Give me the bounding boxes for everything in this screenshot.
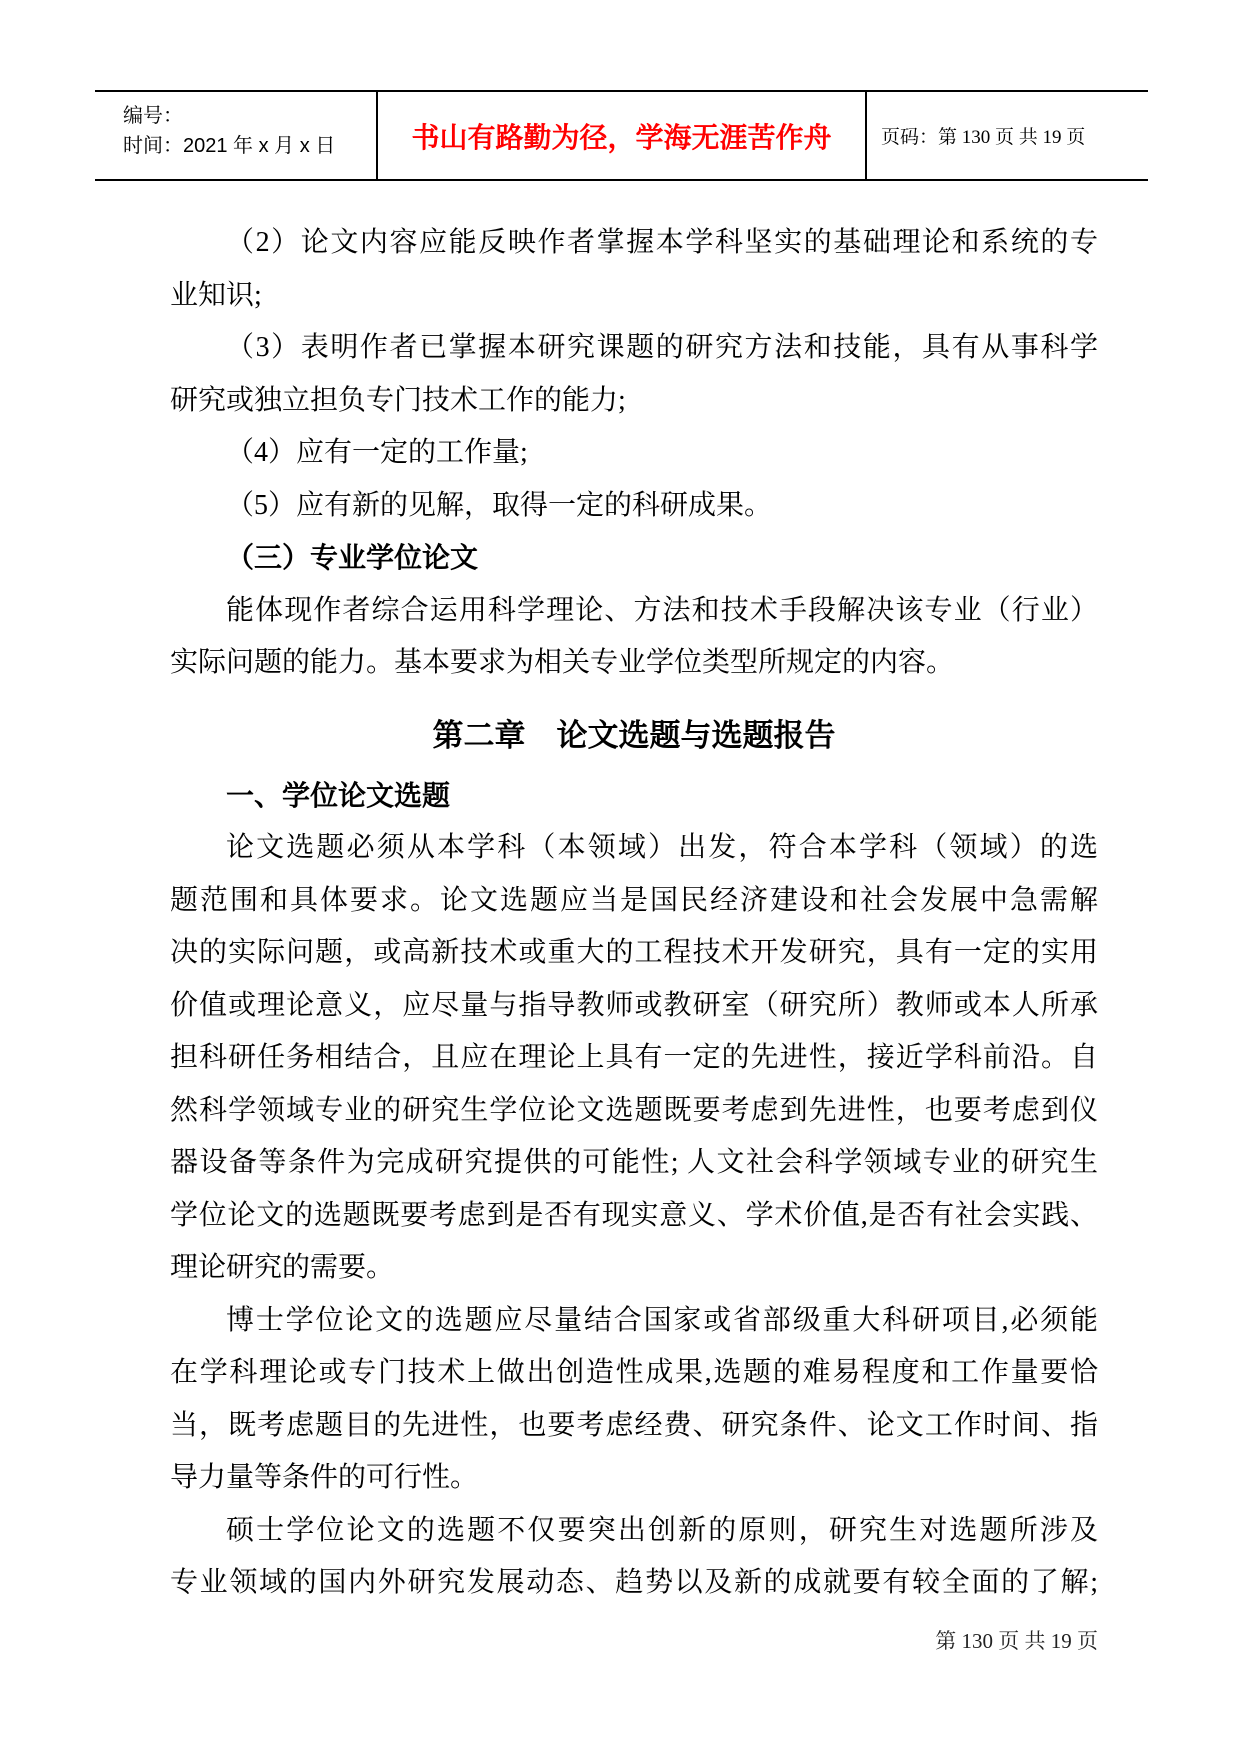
page-footer: 第 130 页 共 19 页 <box>170 1628 1098 1654</box>
body-line: 担科研任务相结合，且应在理论上具有一定的先进性，接近学科前沿。自 <box>170 1032 1098 1085</box>
header-middle-cell: 书山有路勤为径，学海无涯苦作舟 <box>378 92 867 179</box>
body-line: 器设备等条件为完成研究提供的可能性; 人文社会科学领域专业的研究生 <box>170 1137 1098 1190</box>
body-line: 然科学领域专业的研究生学位论文选题既要考虑到先进性，也要考虑到仪 <box>170 1085 1098 1138</box>
body-line: （5）应有新的见解，取得一定的科研成果。 <box>170 480 1098 533</box>
document-body: （2）论文内容应能反映作者掌握本学科坚实的基础理论和系统的专业知识;（3）表明作… <box>170 217 1098 1610</box>
body-line: 博士学位论文的选题应尽量结合国家或省部级重大科研项目,必须能 <box>170 1295 1098 1348</box>
body-line: 业知识; <box>170 270 1098 323</box>
body-line: 当，既考虑题目的先进性，也要考虑经费、研究条件、论文工作时间、指 <box>170 1400 1098 1453</box>
body-line: 实际问题的能力。基本要求为相关专业学位类型所规定的内容。 <box>170 637 1098 690</box>
document-page: 编号： 时间：2021 年 x 月 x 日 书山有路勤为径，学海无涯苦作舟 页码… <box>0 0 1241 1755</box>
body-line: （2）论文内容应能反映作者掌握本学科坚实的基础理论和系统的专 <box>170 217 1098 270</box>
sub-heading: （三）专业学位论文 <box>170 532 1098 585</box>
header-right-cell: 页码：第 130 页 共 19 页 <box>867 92 1148 179</box>
chapter-heading: 第二章 论文选题与选题报告 <box>170 706 1098 766</box>
page-header-table: 编号： 时间：2021 年 x 月 x 日 书山有路勤为径，学海无涯苦作舟 页码… <box>95 90 1148 181</box>
body-line: 研究或独立担负专门技术工作的能力; <box>170 375 1098 428</box>
section-heading: 一、学位论文选题 <box>170 770 1098 823</box>
body-line: 题范围和具体要求。论文选题应当是国民经济建设和社会发展中急需解 <box>170 875 1098 928</box>
body-line: 决的实际问题，或高新技术或重大的工程技术开发研究，具有一定的实用 <box>170 927 1098 980</box>
body-line: 专业领域的国内外研究发展动态、趋势以及新的成就要有较全面的了解; <box>170 1557 1098 1610</box>
body-line: 论文选题必须从本学科（本领域）出发，符合本学科（领域）的选 <box>170 822 1098 875</box>
doc-date-label: 时间：2021 年 x 月 x 日 <box>123 131 376 161</box>
doc-number-label: 编号： <box>123 101 376 131</box>
body-line: 学位论文的选题既要考虑到是否有现实意义、学术价值,是否有社会实践、 <box>170 1190 1098 1243</box>
body-line: 硕士学位论文的选题不仅要突出创新的原则，研究生对选题所涉及 <box>170 1505 1098 1558</box>
body-line: （4）应有一定的工作量; <box>170 427 1098 480</box>
body-line: （3）表明作者已掌握本研究课题的研究方法和技能，具有从事科学 <box>170 322 1098 375</box>
header-motto: 书山有路勤为径，学海无涯苦作舟 <box>411 116 831 156</box>
body-line: 导力量等条件的可行性。 <box>170 1452 1098 1505</box>
header-left-cell: 编号： 时间：2021 年 x 月 x 日 <box>95 92 378 179</box>
body-line: 理论研究的需要。 <box>170 1242 1098 1295</box>
body-line: 在学科理论或专门技术上做出创造性成果,选题的难易程度和工作量要恰 <box>170 1347 1098 1400</box>
body-line: 价值或理论意义，应尽量与指导教师或教研室（研究所）教师或本人所承 <box>170 980 1098 1033</box>
header-page-info: 页码：第 130 页 共 19 页 <box>881 122 1085 149</box>
footer-page-info: 第 130 页 共 19 页 <box>935 1629 1098 1653</box>
body-line: 能体现作者综合运用科学理论、方法和技术手段解决该专业（行业） <box>170 585 1098 638</box>
